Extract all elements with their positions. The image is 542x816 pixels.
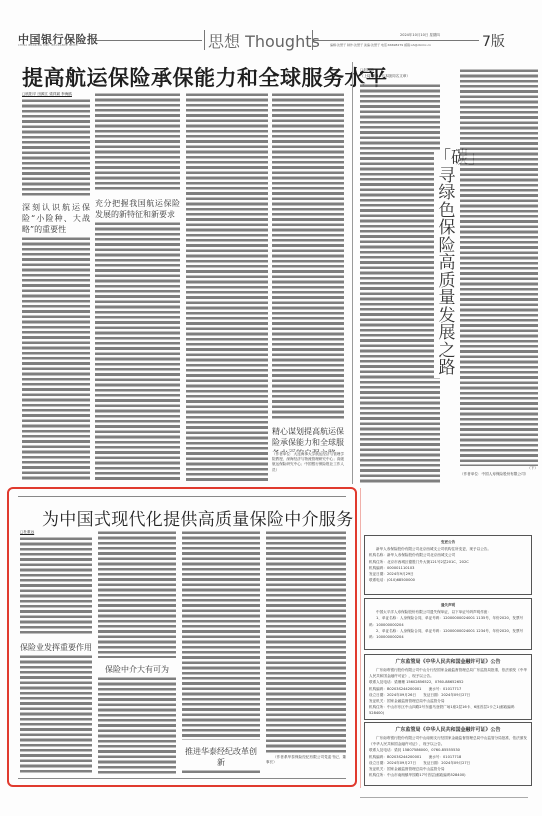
side-article-col-1: □赵国栋 （上接8月14日本版同名文章） <box>360 68 440 488</box>
top-article-subhead-2: 充分把握我国航运保险发展的新特征和新要求 <box>95 198 180 220</box>
notice-title: 遗失声明 <box>369 602 527 608</box>
page-number: 7版 <box>482 31 505 51</box>
side-article-part: （下） <box>460 466 538 471</box>
boxed-article-subhead-2: 保险中介大有可为 <box>98 664 176 675</box>
column-divider <box>360 488 361 788</box>
continued-note: （上接8月14日本版同名文章） <box>360 74 440 79</box>
boxed-article-subhead-1: 保险业发挥重要作用 <box>20 642 92 653</box>
body-text <box>272 92 344 420</box>
author-note: （作者单位：大连海事大学航运经济与管理学院教授、深海经济与物流管理研究中心；高级… <box>272 452 344 473</box>
body-text <box>460 68 538 466</box>
section-title: 思想 Thoughts <box>208 29 320 52</box>
top-article-subhead-1: 深刻认识航运保险“小险种、大战略”的重要性 <box>22 202 90 235</box>
notice-row: 机构住所：中山市东区中山四路2号东盛马登铁广场1座2层16卡、6座首层1卡之1(… <box>369 704 527 716</box>
masthead-rule <box>313 40 479 41</box>
column-divider <box>352 62 353 484</box>
top-article-author-note: （作者单位：大连海事大学航运经济与管理学院教授、深海经济与物流管理研究中心；高级… <box>272 452 344 482</box>
notice-change: 变更公告 新华人寿保险股份有限公司北京西城支公司机构住所变更，现予以公告。 机构… <box>364 535 532 595</box>
notice-loss: 遗失声明 中国太平洋人寿保险股份有限公司遗失保单证，以下单证号码声明作废： 1、… <box>364 598 532 650</box>
editor-credits: 编辑:沈慧子 制作:沈慧子 美编:沈慧子 电话:66698279 邮箱:sh@c… <box>330 43 431 47</box>
notice-row: 机构住所：中山市南朗镇华园路17号首层(邮政编码528400) <box>369 772 527 778</box>
side-article-col-2: （下） （作者单位：中国人寿保险股份有限公司） <box>460 68 538 488</box>
body-text <box>20 654 92 774</box>
notice-intro: 广东南粤银行股份有限公司中山南朗支行经国家金融监督管理总局中山监管分局批准，依法… <box>369 735 527 747</box>
issue-date: 2024年10月10日 星期四 <box>400 33 440 38</box>
body-text <box>182 769 260 775</box>
side-article-byline: □赵国栋 <box>360 68 440 73</box>
body-text <box>266 530 346 755</box>
body-text <box>95 92 180 192</box>
notice-row: 2、单证名称：人身保险合同，单证号码：12000000024001 1234号，… <box>369 628 527 640</box>
top-article-col-3 <box>186 92 268 482</box>
paper-name-en: CHINA BANKING AND INSURANCE NEWS <box>18 44 78 47</box>
boxed-article-subhead-3: 推进华泰经纪改革创新 <box>182 746 260 768</box>
notice-title: 广东监管局《中华人民共和国金融许可证》公告 <box>369 658 527 666</box>
top-article-col-1: □欧阳平 田源江 梁祥斌 李海鸥 深刻认识航运保险“小险种、大战略”的重要性 <box>22 92 90 482</box>
box-top-rule <box>18 496 346 497</box>
notice-license-2: 广东监管局《中华人民共和国金融许可证》公告 广东南粤银行股份有限公司中山南朗支行… <box>364 722 532 786</box>
top-article-headline: 提高航运保险承保能力和全球服务水平 <box>22 62 388 92</box>
body-text <box>98 530 176 658</box>
section-divider <box>204 30 205 50</box>
boxed-article-headline: 为中国式现代化提供高质量保险中介服务 <box>42 505 353 530</box>
top-article-col-2: 充分把握我国航运保险发展的新特征和新要求 <box>95 92 180 482</box>
notice-intro: 广东南粤银行股份有限公司中山分行经国家金融监督管理总局广东监管局批准，依法颁发《… <box>369 667 527 679</box>
box-bottom-rule <box>18 778 346 779</box>
body-text <box>95 221 180 482</box>
side-article-author: （作者单位：中国人寿保险股份有限公司） <box>460 472 538 477</box>
body-text <box>182 530 260 740</box>
masthead: 中国银行保险报 CHINA BANKING AND INSURANCE NEWS… <box>0 28 542 52</box>
body-text <box>22 98 90 196</box>
boxed-article-col-3: 推进华泰经纪改革创新 <box>182 530 260 775</box>
notice-row: 1、单证名称：人身保险合同，单证号码：12000000024001 1135号，… <box>369 615 527 627</box>
body-text <box>20 536 92 636</box>
body-text <box>360 83 440 483</box>
body-text <box>98 676 176 775</box>
masthead-rule <box>96 40 202 41</box>
boxed-article-col-1: □杜重远 保险业发挥重要作用 <box>20 530 92 775</box>
notice-row: 联系电话：(010)68500000 <box>369 577 527 583</box>
vertical-title: 「碳」寻绿色保险高质量发展之路 <box>434 150 460 378</box>
top-article-col-4: 精心谋划提高航运保险承保能力和全球服务水平的自强之路 <box>272 92 344 482</box>
notice-title: 变更公告 <box>369 539 527 545</box>
boxed-article-author: （作者系华泰保险经纪有限公司党委书记、董事长） <box>266 755 346 765</box>
bottom-rule <box>360 797 528 798</box>
notice-license-1: 广东监管局《中华人民共和国金融许可证》公告 广东南粤银行股份有限公司中山分行经国… <box>364 654 532 720</box>
top-article-byline: □欧阳平 田源江 梁祥斌 李海鸥 <box>22 92 90 97</box>
boxed-article-byline: □杜重远 <box>20 530 92 535</box>
boxed-article-col-2: 保险中介大有可为 <box>98 530 176 775</box>
boxed-article-col-4: （作者系华泰保险经纪有限公司党委书记、董事长） <box>266 530 346 775</box>
body-text <box>186 92 268 482</box>
body-text <box>22 236 90 482</box>
notice-title: 广东监管局《中华人民共和国金融许可证》公告 <box>369 726 527 734</box>
